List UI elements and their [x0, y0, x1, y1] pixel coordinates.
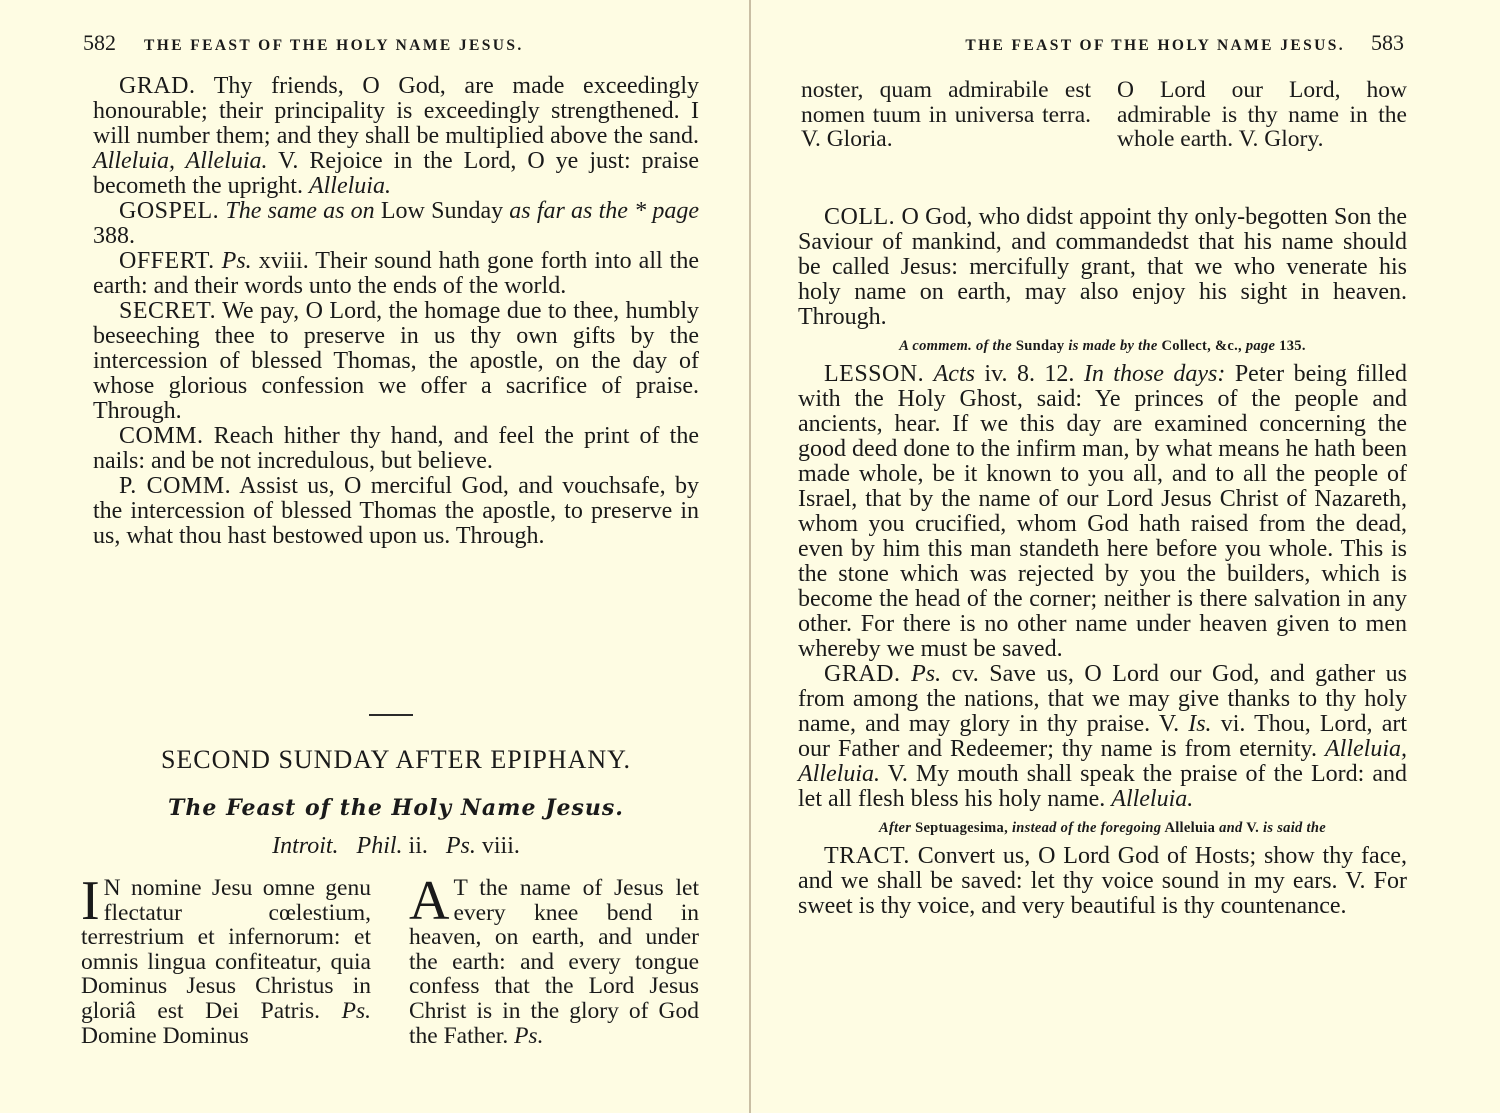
- italic-text: Ps.: [911, 661, 941, 687]
- section-label: P. COMM.: [119, 473, 231, 499]
- section-label: COMM.: [119, 423, 204, 449]
- introit-latin-text: N nomine Jesu omne genu flectatur cœlest…: [81, 875, 371, 1024]
- psalm-latin-column: noster, quam admirabile est nomen tuum i…: [801, 78, 1091, 152]
- italic-text: After: [879, 820, 911, 836]
- paragraph-grad: GRAD. Ps. cv. Save us, O Lord our God, a…: [798, 662, 1407, 812]
- paragraph-coll: COLL. O God, who didst appoint thy only-…: [798, 205, 1407, 330]
- rubric-septuagesima: After Septuagesima, instead of the foreg…: [798, 818, 1407, 838]
- text-run: Alleluia: [1161, 820, 1219, 836]
- section-label: GRAD.: [824, 661, 901, 687]
- text-run: V. My mouth shall speak the praise of th…: [798, 761, 1407, 812]
- right-running-head: THE FEAST OF THE HOLY NAME JESUS. 583: [801, 30, 1404, 60]
- running-head-title: THE FEAST OF THE HOLY NAME JESUS.: [965, 37, 1345, 55]
- section-label: SECRET.: [119, 298, 216, 324]
- right-page: THE FEAST OF THE HOLY NAME JESUS. 583 no…: [801, 0, 1407, 1113]
- text-run: 135.: [1275, 338, 1306, 354]
- page-number: 582: [83, 30, 116, 56]
- introit-latin-column: IN nomine Jesu omne genu flectatur cœles…: [81, 876, 371, 1048]
- page-gutter-divider: [749, 0, 751, 1113]
- italic-text: and: [1219, 820, 1242, 836]
- italic-text: In those days:: [1084, 361, 1226, 387]
- italic-text: page: [1246, 338, 1275, 354]
- text-run: iv. 8. 12.: [975, 361, 1084, 387]
- text-run: Septuagesima,: [911, 820, 1012, 836]
- section-rule: [369, 714, 413, 716]
- left-running-head: 582 THE FEAST OF THE HOLY NAME JESUS.: [83, 30, 699, 60]
- text-run: Sunday: [1012, 338, 1068, 354]
- drop-cap: A: [409, 880, 449, 922]
- section-label: GOSPEL.: [119, 198, 219, 224]
- psalm-english-text: O Lord our Lord, how admirable is thy na…: [1117, 78, 1407, 152]
- introit-latin-tail: Domine Dominus: [81, 1023, 249, 1049]
- paragraph-grad: GRAD. Thy friends, O God, are made excee…: [93, 74, 699, 199]
- italic-text: Alleluia.: [309, 173, 391, 199]
- section-title: SECOND SUNDAY AFTER EPIPHANY.: [93, 745, 699, 775]
- phil-number: ii.: [403, 833, 434, 859]
- italic-text: is made by the: [1068, 338, 1157, 354]
- running-head-title: THE FEAST OF THE HOLY NAME JESUS.: [144, 37, 524, 55]
- introit-columns: IN nomine Jesu omne genu flectatur cœles…: [81, 876, 699, 1048]
- collect-section: COLL. O God, who didst appoint thy only-…: [798, 205, 1407, 330]
- italic-text: A commem. of the: [899, 338, 1012, 354]
- psalm-latin-text: noster, quam admirabile est nomen tuum i…: [801, 78, 1091, 152]
- italic-text: Is.: [1188, 711, 1211, 737]
- text-run: 388.: [93, 223, 135, 249]
- rubric-commemoration: A commem. of the Sunday is made by the C…: [798, 336, 1407, 356]
- introit-label: Introit.: [272, 833, 338, 859]
- feast-title: The Feast of the Holy Name Jesus.: [93, 795, 699, 821]
- italic-text: The same as on: [225, 198, 374, 224]
- text-run: V.: [1243, 820, 1263, 836]
- italic-text: Alleluia, Alleluia.: [93, 148, 268, 174]
- text-run: [215, 248, 222, 274]
- paragraph-offert: OFFERT. Ps. xviii. Their sound hath gone…: [93, 249, 699, 299]
- paragraph-comm: COMM. Reach hither thy hand, and feel th…: [93, 424, 699, 474]
- section-label: GRAD.: [119, 73, 196, 99]
- italic-text: Ps.: [222, 248, 252, 274]
- italic-text: Alleluia.: [1111, 786, 1193, 812]
- section-label: COLL.: [824, 204, 895, 230]
- section-label: LESSON.: [824, 361, 924, 387]
- left-body-text: GRAD. Thy friends, O God, are made excee…: [93, 74, 699, 549]
- paragraph-gospel: GOSPEL. The same as on Low Sunday as far…: [93, 199, 699, 249]
- section-label: OFFERT.: [119, 248, 215, 274]
- left-page: 582 THE FEAST OF THE HOLY NAME JESUS. GR…: [93, 0, 699, 1113]
- ps-label: Ps.: [342, 998, 371, 1024]
- italic-text: instead of the foregoing: [1012, 820, 1161, 836]
- ps-label: Ps.: [514, 1023, 543, 1049]
- paragraph-p-comm: P. COMM. Assist us, O merciful God, and …: [93, 474, 699, 549]
- ps-label: Ps.: [446, 833, 476, 859]
- text-run: Peter being filled with the Holy Ghost, …: [798, 361, 1407, 662]
- introit-reference: Introit. Phil. ii. Ps. viii.: [93, 833, 699, 860]
- italic-text: is said the: [1263, 820, 1326, 836]
- italic-text: as far as the * page: [509, 198, 699, 224]
- introit-english-text: T the name of Jesus let every knee bend …: [409, 875, 699, 1049]
- text-run: [901, 661, 912, 687]
- text-run: [924, 361, 933, 387]
- psalm-english-column: O Lord our Lord, how admirable is thy na…: [1117, 78, 1407, 152]
- tract-section: TRACT. Convert us, O Lord God of Hosts; …: [798, 844, 1407, 919]
- paragraph-secret: SECRET. We pay, O Lord, the homage due t…: [93, 299, 699, 424]
- text-run: Low Sunday: [375, 198, 510, 224]
- drop-cap: I: [81, 880, 100, 922]
- paragraph-tract: TRACT. Convert us, O Lord God of Hosts; …: [798, 844, 1407, 919]
- paragraph-lesson: LESSON. Acts iv. 8. 12. In those days: P…: [798, 362, 1407, 662]
- section-label: TRACT.: [824, 843, 910, 869]
- phil-label: Phil.: [357, 833, 403, 859]
- ps-number: viii.: [476, 833, 520, 859]
- lesson-gradual-section: LESSON. Acts iv. 8. 12. In those days: P…: [798, 362, 1407, 812]
- right-body-text: COLL. O God, who didst appoint thy only-…: [798, 205, 1407, 919]
- text-run: Collect, &c.,: [1158, 338, 1246, 354]
- italic-text: Acts: [934, 361, 975, 387]
- page-number: 583: [1371, 30, 1404, 56]
- psalm-columns: noster, quam admirabile est nomen tuum i…: [801, 78, 1407, 152]
- introit-english-column: AT the name of Jesus let every knee bend…: [409, 876, 699, 1048]
- book-spread: 582 THE FEAST OF THE HOLY NAME JESUS. GR…: [0, 0, 1500, 1113]
